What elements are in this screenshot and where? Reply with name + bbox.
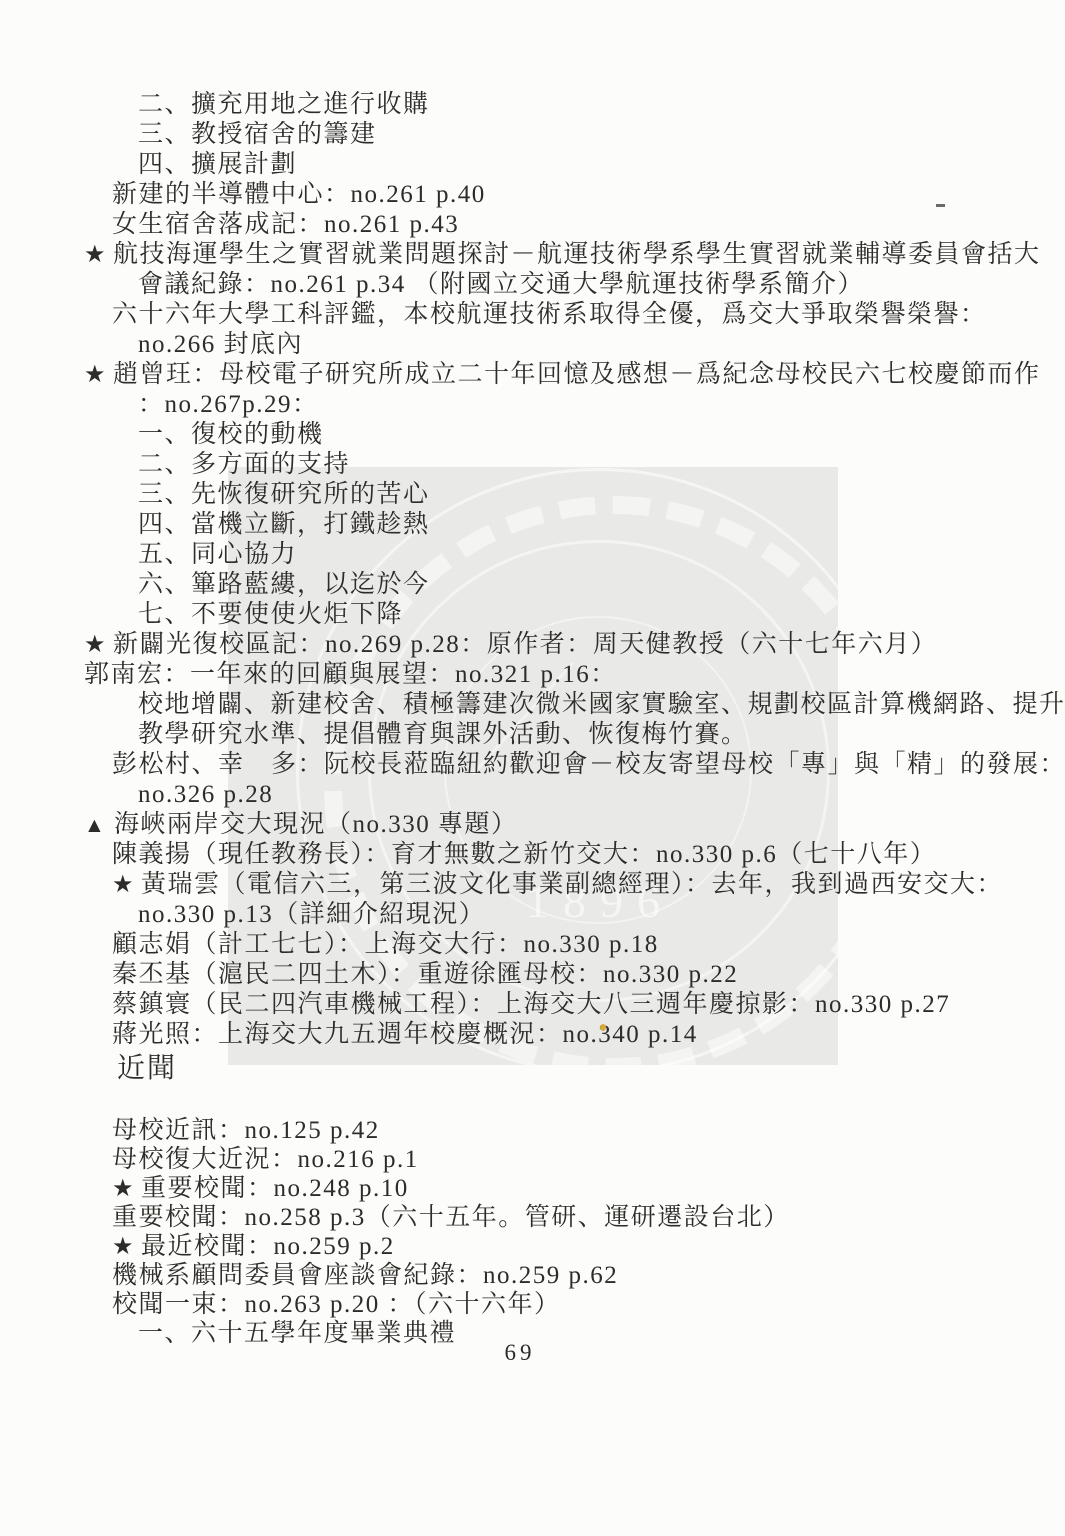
page-number: 69 <box>440 1340 600 1366</box>
index-line: ★重要校聞：no.248 p.10 <box>112 1174 409 1204</box>
index-line: 蔣光照：上海交大九五週年校慶概況：no.340 p.14 <box>112 1020 698 1050</box>
index-line: 郭南宏：一年來的回顧與展望：no.321 p.16： <box>84 660 617 690</box>
line-text: 彭松村、幸 多：阮校長蒞臨紐約歡迎會－校友寄望母校「專」與「精」的發展： <box>112 751 1065 778</box>
index-line: no.266 封底內 <box>138 330 303 360</box>
line-text: 蔡鎮寰（民二四汽車機械工程）：上海交大八三週年慶掠影：no.330 p.27 <box>112 991 950 1018</box>
line-text: 三、先恢復研究所的苦心 <box>138 481 430 508</box>
index-line: 三、先恢復研究所的苦心 <box>138 480 430 510</box>
line-text: no.330 p.13（詳細介紹現況） <box>138 901 485 928</box>
index-line: 教學研究水準、提倡體育與課外活動、恢復梅竹賽。 <box>138 720 748 750</box>
index-line: 二、擴充用地之進行收購 <box>138 90 430 120</box>
line-text: 新建的半導體中心：no.261 p.40 <box>112 181 486 208</box>
index-line: ：no.267p.29： <box>138 390 319 420</box>
line-text: 重要校聞：no.258 p.3（六十五年。管研、運研遷設台北） <box>112 1204 790 1231</box>
index-line: 女生宿舍落成記：no.261 p.43 <box>112 210 459 240</box>
index-line: 機械系顧問委員會座談會紀錄：no.259 p.62 <box>112 1261 618 1291</box>
index-line: 新建的半導體中心：no.261 p.40 <box>112 180 486 210</box>
line-text: 最近校聞：no.259 p.2 <box>141 1233 395 1260</box>
line-text: 四、當機立斷，打鐵趁熱 <box>138 511 430 538</box>
index-line: ★航技海運學生之實習就業問題探討－航運技術學系學生實習就業輔導委員會括大 <box>84 240 1041 270</box>
index-line: 顧志娟（計工七七）：上海交大行：no.330 p.18 <box>112 930 659 960</box>
line-text: no.326 p.28 <box>138 781 273 808</box>
index-line: 六、篳路藍縷，以迄於今 <box>138 570 430 600</box>
line-text: 六、篳路藍縷，以迄於今 <box>138 571 430 598</box>
index-line: 校地增闢、新建校舍、積極籌建次微米國家實驗室、規劃校區計算機網路、提升 <box>138 690 1065 720</box>
index-line: 二、多方面的支持 <box>138 450 350 480</box>
index-text-layer: 二、擴充用地之進行收購三、教授宿舍的籌建四、擴展計劃新建的半導體中心：no.26… <box>0 0 1065 1536</box>
index-line: 一、復校的動機 <box>138 420 324 450</box>
line-text: ：no.267p.29： <box>138 391 319 418</box>
index-line: ★趙曾玨：母校電子研究所成立二十年回憶及感想－爲紀念母校民六七校慶節而作 <box>84 360 1041 390</box>
line-text: 二、擴充用地之進行收購 <box>138 91 430 118</box>
index-line: 會議紀錄：no.261 p.34 （附國立交通大學航運技術學系簡介） <box>138 270 864 300</box>
index-line: ★新闢光復校區記：no.269 p.28：原作者：周天健教授（六十七年六月） <box>84 630 937 660</box>
line-text: 一、復校的動機 <box>138 421 324 448</box>
line-text: 母校近訊：no.125 p.42 <box>112 1117 380 1144</box>
line-text: 五、同心協力 <box>138 541 297 568</box>
index-line: 七、不要使使火炬下降 <box>138 600 403 630</box>
section-heading-near-news: 近聞 <box>84 1052 177 1086</box>
line-text: 教學研究水準、提倡體育與課外活動、恢復梅竹賽。 <box>138 721 748 748</box>
line-text: 顧志娟（計工七七）：上海交大行：no.330 p.18 <box>112 931 659 958</box>
line-text: 校聞一束：no.263 p.20 ：（六十六年） <box>112 1291 561 1318</box>
index-line: 一、六十五學年度畢業典禮 <box>138 1319 456 1349</box>
line-text: 三、教授宿舍的籌建 <box>138 121 377 148</box>
star-icon: ★ <box>112 1174 138 1204</box>
index-line: 彭松村、幸 多：阮校長蒞臨紐約歡迎會－校友寄望母校「專」與「精」的發展： <box>112 750 1065 780</box>
triangle-icon: ▲ <box>84 810 111 840</box>
line-text: 陳義揚（現任教務長）：育才無數之新竹交大：no.330 p.6（七十八年） <box>112 841 936 868</box>
star-icon: ★ <box>112 1232 138 1262</box>
index-line: ★黃瑞雲（電信六三，第三波文化事業副總經理）：去年，我到過西安交大： <box>112 870 1003 900</box>
line-text: 女生宿舍落成記：no.261 p.43 <box>112 211 459 238</box>
index-line: no.330 p.13（詳細介紹現況） <box>138 900 485 930</box>
scan-artifact-speck <box>600 1024 606 1031</box>
star-icon: ★ <box>84 630 110 660</box>
index-line: 母校近訊：no.125 p.42 <box>112 1116 380 1146</box>
index-line: 校聞一束：no.263 p.20 ：（六十六年） <box>112 1290 561 1320</box>
index-line: 蔡鎮寰（民二四汽車機械工程）：上海交大八三週年慶掠影：no.330 p.27 <box>112 990 950 1020</box>
index-line: 母校復大近況：no.216 p.1 <box>112 1145 419 1175</box>
line-text: 六十六年大學工科評鑑，本校航運技術系取得全優，爲交大爭取榮譽榮譽： <box>112 301 987 328</box>
index-line: ▲海峽兩岸交大現況（no.330 專題） <box>84 810 518 840</box>
star-icon: ★ <box>112 870 138 900</box>
line-text: 新闢光復校區記：no.269 p.28：原作者：周天健教授（六十七年六月） <box>113 631 937 658</box>
line-text: 二、多方面的支持 <box>138 451 350 478</box>
index-line: ★最近校聞：no.259 p.2 <box>112 1232 395 1262</box>
line-text: 母校復大近況：no.216 p.1 <box>112 1146 419 1173</box>
index-line: 六十六年大學工科評鑑，本校航運技術系取得全優，爲交大爭取榮譽榮譽： <box>112 300 987 330</box>
line-text: 機械系顧問委員會座談會紀錄：no.259 p.62 <box>112 1262 618 1289</box>
line-text: 航技海運學生之實習就業問題探討－航運技術學系學生實習就業輔導委員會括大 <box>113 241 1041 268</box>
star-icon: ★ <box>84 240 110 270</box>
line-text: 蔣光照：上海交大九五週年校慶概況：no.340 p.14 <box>112 1021 698 1048</box>
index-line: 重要校聞：no.258 p.3（六十五年。管研、運研遷設台北） <box>112 1203 790 1233</box>
index-line: 秦丕基（滬民二四土木）：重遊徐匯母校：no.330 p.22 <box>112 960 738 990</box>
index-line: 五、同心協力 <box>138 540 297 570</box>
index-line: 四、擴展計劃 <box>138 150 297 180</box>
line-text: 七、不要使使火炬下降 <box>138 601 403 628</box>
line-text: 郭南宏：一年來的回顧與展望：no.321 p.16： <box>84 661 617 688</box>
star-icon: ★ <box>84 360 110 390</box>
index-line: 三、教授宿舍的籌建 <box>138 120 377 150</box>
line-text: 重要校聞：no.248 p.10 <box>141 1175 409 1202</box>
scan-artifact-dash <box>936 204 945 207</box>
line-text: no.266 封底內 <box>138 331 303 358</box>
line-text: 一、六十五學年度畢業典禮 <box>138 1320 456 1347</box>
index-line: no.326 p.28 <box>138 780 273 810</box>
line-text: 趙曾玨：母校電子研究所成立二十年回憶及感想－爲紀念母校民六七校慶節而作 <box>113 361 1041 388</box>
line-text: 四、擴展計劃 <box>138 151 297 178</box>
line-text: 秦丕基（滬民二四土木）：重遊徐匯母校：no.330 p.22 <box>112 961 738 988</box>
index-line: 陳義揚（現任教務長）：育才無數之新竹交大：no.330 p.6（七十八年） <box>112 840 936 870</box>
index-line: 四、當機立斷，打鐵趁熱 <box>138 510 430 540</box>
line-text: 會議紀錄：no.261 p.34 （附國立交通大學航運技術學系簡介） <box>138 271 864 298</box>
line-text: 校地增闢、新建校舍、積極籌建次微米國家實驗室、規劃校區計算機網路、提升 <box>138 691 1065 718</box>
section-heading-text: 近聞 <box>117 1053 177 1084</box>
line-text: 黃瑞雲（電信六三，第三波文化事業副總經理）：去年，我到過西安交大： <box>141 871 1003 898</box>
line-text: 海峽兩岸交大現況（no.330 專題） <box>114 811 518 838</box>
scanned-document-page: 1896 二、擴充用地之進行收購三、教授宿舍的籌建四、擴展計劃新建的半導體中心：… <box>0 0 1065 1536</box>
